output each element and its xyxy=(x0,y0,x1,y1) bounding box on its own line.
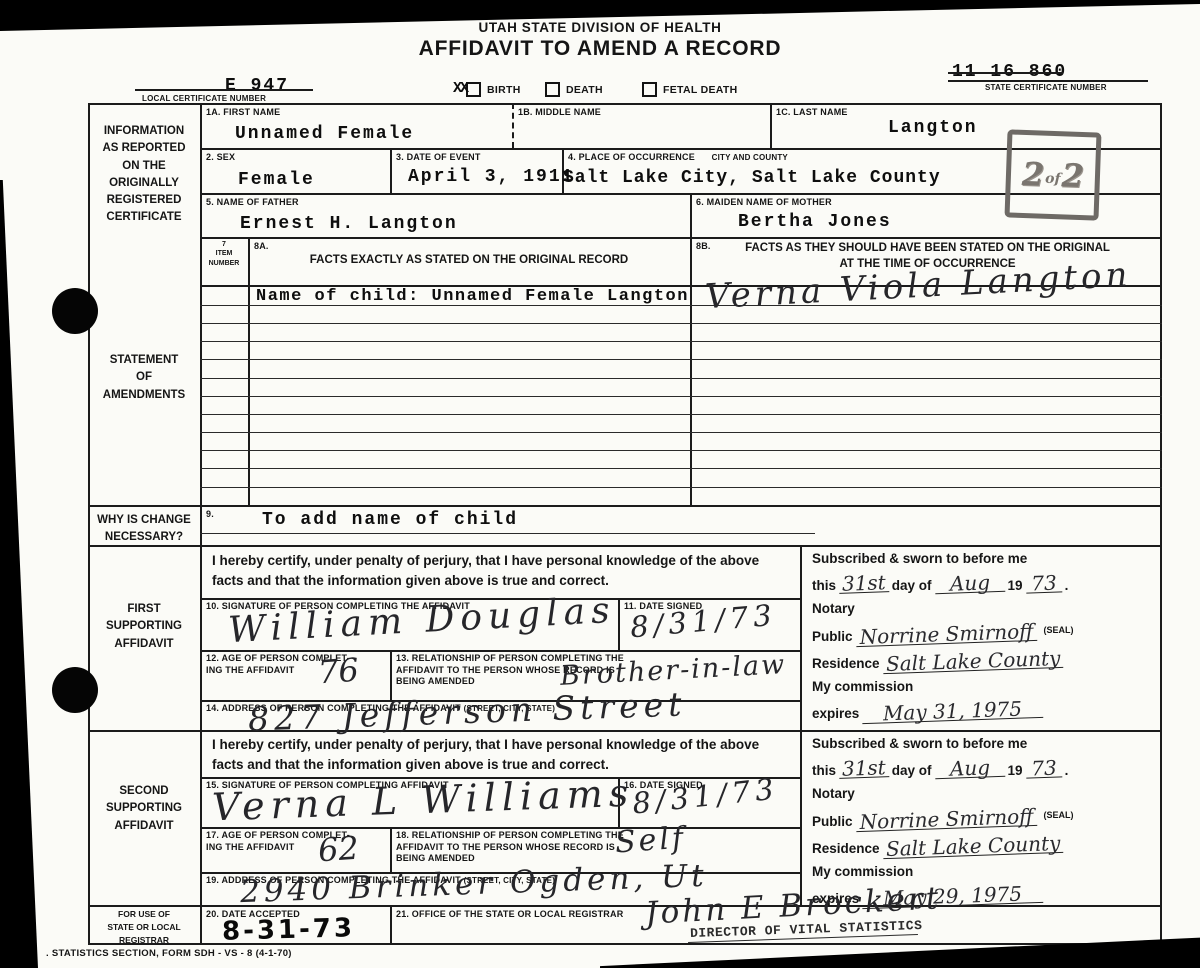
sidebar-why-label: WHY IS CHANGE NECESSARY? xyxy=(88,512,200,547)
date-of-event-value: April 3, 1911 xyxy=(408,167,574,187)
sworn-date-line: this31stday ofAug1973. xyxy=(812,574,1152,594)
item-col-line: NUMBER xyxy=(200,259,248,268)
line xyxy=(390,148,392,193)
stamp-digit: 2 xyxy=(1021,155,1045,194)
certify-statement-2: I hereby certify, under penalty of perju… xyxy=(212,735,787,776)
line xyxy=(390,827,392,872)
line xyxy=(200,396,1162,397)
line xyxy=(512,103,514,148)
line xyxy=(88,545,1162,547)
sidebar-registrar-label: FOR USE OF STATE OR LOCAL REGISTRAR xyxy=(88,908,200,946)
word-residence: Residence xyxy=(812,841,880,856)
scanned-affidavit-document: UTAH STATE DIVISION OF HEALTH AFFIDAVIT … xyxy=(0,0,1200,968)
checkbox-death: DEATH xyxy=(545,82,603,97)
punch-hole xyxy=(52,667,98,713)
sworn-year-handwritten: 73 xyxy=(1025,574,1062,594)
sworn-text: Subscribed & sworn to before me xyxy=(812,736,1152,752)
line xyxy=(200,650,800,652)
date-of-event-label: 3. DATE OF EVENT xyxy=(396,152,481,163)
sidebar-info-label: INFORMATION AS REPORTED ON THE ORIGINALL… xyxy=(88,123,200,227)
residence-line: ResidenceSalt Lake County xyxy=(812,652,1152,672)
sex-value: Female xyxy=(238,170,315,190)
line xyxy=(948,80,1148,82)
sidebar-first-affidavit-label: FIRST SUPPORTING AFFIDAVIT xyxy=(88,601,200,653)
line xyxy=(200,533,815,534)
residence-handwritten: Salt Lake County xyxy=(882,649,1063,674)
notary-name-handwritten: Norrine Smirnoff xyxy=(855,806,1037,831)
sidebar-line: AMENDMENTS xyxy=(88,387,200,404)
residence-handwritten: Salt Lake County xyxy=(882,834,1063,859)
line xyxy=(800,730,802,905)
sex-label: 2. SEX xyxy=(206,152,235,163)
line xyxy=(88,505,1162,507)
sworn-text: Subscribed & sworn to before me xyxy=(812,551,1152,567)
sworn-date-line: this31stday ofAug1973. xyxy=(812,759,1152,779)
sidebar-line: SECOND xyxy=(88,783,200,800)
word-19: 19 xyxy=(1008,763,1023,778)
birth-checkbox xyxy=(466,82,481,97)
item-number-column-header: 7 ITEM NUMBER xyxy=(200,240,248,268)
sworn-month-handwritten: Aug xyxy=(934,573,1005,594)
col-8a-header: FACTS EXACTLY AS STATED ON THE ORIGINAL … xyxy=(250,253,688,269)
sidebar-line: AFFIDAVIT xyxy=(88,636,200,653)
period: . xyxy=(1065,763,1069,778)
line xyxy=(200,237,1162,239)
word-public: Public xyxy=(812,629,853,644)
fetal-death-label: FETAL DEATH xyxy=(663,84,737,96)
checkbox-birth: XX BIRTH xyxy=(466,82,521,97)
sidebar-line: REGISTRAR xyxy=(88,934,200,947)
sidebar-line: ORIGINALLY xyxy=(88,175,200,192)
stamp-digit: 2 xyxy=(1061,156,1085,195)
expires-line: expiresMay 31, 1975 xyxy=(812,702,1152,722)
commission-expires-handwritten: May 31, 1975 xyxy=(862,699,1044,724)
sidebar-line: ON THE xyxy=(88,158,200,175)
why-value: To add name of child xyxy=(262,510,518,530)
col-8b-header-line: FACTS AS THEY SHOULD HAVE BEEN STATED ON… xyxy=(700,241,1155,257)
word-day-of: day of xyxy=(892,578,932,593)
line xyxy=(200,323,1162,324)
father-name-value: Ernest H. Langton xyxy=(240,214,458,234)
relationship-2-label: 18. RELATIONSHIP OF PERSON COMPLETING TH… xyxy=(396,830,646,865)
line xyxy=(200,450,1162,451)
death-label: DEATH xyxy=(566,84,603,96)
sworn-year-handwritten: 73 xyxy=(1025,759,1062,779)
agency-name: UTAH STATE DIVISION OF HEALTH xyxy=(0,20,1200,35)
word-my-commission: My commission xyxy=(812,864,1152,880)
sidebar-second-affidavit-label: SECOND SUPPORTING AFFIDAVIT xyxy=(88,783,200,835)
place-of-occurrence-value: Salt Lake City, Salt Lake County xyxy=(563,168,941,188)
last-name-label: 1C. LAST NAME xyxy=(776,107,848,118)
word-residence: Residence xyxy=(812,656,880,671)
line xyxy=(390,905,392,943)
birth-label: BIRTH xyxy=(487,84,521,96)
mother-name-label: 6. MAIDEN NAME OF MOTHER xyxy=(696,197,832,208)
mother-name-value: Bertha Jones xyxy=(738,212,892,232)
notary-public-line: PublicNorrine Smirnoff(SEAL) xyxy=(812,625,1152,645)
scan-edge-artifact xyxy=(0,180,40,968)
state-certificate-number-label: STATE CERTIFICATE NUMBER xyxy=(985,83,1107,93)
sidebar-line: AS REPORTED xyxy=(88,140,200,157)
sidebar-line: FOR USE OF xyxy=(88,908,200,921)
amendment-original-fact: Name of child: Unnamed Female Langton xyxy=(256,287,689,306)
line xyxy=(800,545,802,730)
fetal-death-checkbox xyxy=(642,82,657,97)
form-number-footer: . STATISTICS SECTION, FORM SDH - VS - 8 … xyxy=(46,948,292,959)
first-name-label: 1A. FIRST NAME xyxy=(206,107,280,118)
line xyxy=(390,650,392,700)
death-checkbox xyxy=(545,82,560,97)
word-notary: Notary xyxy=(812,601,1152,617)
place-of-occurrence-label: 4. PLACE OF OCCURRENCE CITY AND COUNTY xyxy=(568,152,788,163)
punch-hole xyxy=(52,288,98,334)
sidebar-line: OF xyxy=(88,369,200,386)
sidebar-line: STATE OR LOCAL xyxy=(88,921,200,934)
sworn-day-handwritten: 31st xyxy=(839,758,889,779)
middle-name-label: 1B. MIDDLE NAME xyxy=(518,107,601,118)
line xyxy=(135,89,313,91)
line xyxy=(200,341,1162,342)
word-my-commission: My commission xyxy=(812,679,1152,695)
stamp-of: of xyxy=(1045,171,1061,188)
line xyxy=(200,378,1162,379)
line xyxy=(200,414,1162,415)
sidebar-line: SUPPORTING xyxy=(88,618,200,635)
line xyxy=(770,103,772,148)
line xyxy=(200,487,1162,488)
sidebar-line: WHY IS CHANGE xyxy=(88,512,200,529)
line xyxy=(248,237,250,505)
sidebar-line: STATEMENT xyxy=(88,352,200,369)
item-col-line: 7 xyxy=(200,240,248,249)
sworn-month-handwritten: Aug xyxy=(934,758,1005,779)
age-1-handwritten: 76 xyxy=(317,651,360,692)
notary-block-1: Subscribed & sworn to before me this31st… xyxy=(812,551,1152,729)
line xyxy=(200,827,800,829)
first-name-value: Unnamed Female xyxy=(235,124,414,144)
birth-check-mark: XX xyxy=(453,80,467,97)
sidebar-line: REGISTERED xyxy=(88,192,200,209)
word-day-of: day of xyxy=(892,763,932,778)
line xyxy=(618,598,620,650)
notary-public-line: PublicNorrine Smirnoff(SEAL) xyxy=(812,810,1152,830)
sidebar-line: AFFIDAVIT xyxy=(88,818,200,835)
sworn-day-handwritten: 31st xyxy=(839,573,889,594)
date-accepted-stamp: 8-31-73 xyxy=(222,913,356,946)
word-19: 19 xyxy=(1008,578,1023,593)
place-label-main: 4. PLACE OF OCCURRENCE xyxy=(568,152,695,162)
word-notary: Notary xyxy=(812,786,1152,802)
sidebar-amendments-label: STATEMENT OF AMENDMENTS xyxy=(88,352,200,404)
local-certificate-number-value: E 947 xyxy=(225,76,289,96)
word-public: Public xyxy=(812,814,853,829)
seal-label: (SEAL) xyxy=(1044,810,1074,820)
registrar-office-label: 21. OFFICE OF THE STATE OR LOCAL REGISTR… xyxy=(396,909,623,920)
relationship-2-handwritten: Self xyxy=(614,821,687,861)
father-name-label: 5. NAME OF FATHER xyxy=(206,197,299,208)
line xyxy=(200,359,1162,360)
col-8a-tag: 8A. xyxy=(254,241,269,252)
word-this: this xyxy=(812,763,836,778)
page-2of2-stamp: 2 of 2 xyxy=(1004,129,1101,220)
item-col-line: ITEM xyxy=(200,249,248,258)
last-name-value: Langton xyxy=(888,118,978,138)
document-title: AFFIDAVIT TO AMEND A RECORD xyxy=(0,37,1200,61)
line xyxy=(200,103,202,943)
line xyxy=(690,237,692,505)
sidebar-line: SUPPORTING xyxy=(88,800,200,817)
sidebar-line: INFORMATION xyxy=(88,123,200,140)
place-label-sub: CITY AND COUNTY xyxy=(712,153,788,162)
notary-name-handwritten: Norrine Smirnoff xyxy=(855,621,1037,646)
line xyxy=(690,193,692,237)
sidebar-line: NECESSARY? xyxy=(88,529,200,546)
seal-label: (SEAL) xyxy=(1044,625,1074,635)
checkbox-fetal-death: FETAL DEATH xyxy=(642,82,737,97)
word-this: this xyxy=(812,578,836,593)
line xyxy=(948,72,1063,74)
line xyxy=(200,432,1162,433)
why-item-number: 9. xyxy=(206,509,214,520)
sidebar-line: CERTIFICATE xyxy=(88,209,200,226)
line xyxy=(200,468,1162,469)
age-2-handwritten: 62 xyxy=(317,829,360,870)
sidebar-line: FIRST xyxy=(88,601,200,618)
residence-line: ResidenceSalt Lake County xyxy=(812,837,1152,857)
period: . xyxy=(1065,578,1069,593)
certify-statement-1: I hereby certify, under penalty of perju… xyxy=(212,551,787,592)
word-expires: expires xyxy=(812,706,859,721)
